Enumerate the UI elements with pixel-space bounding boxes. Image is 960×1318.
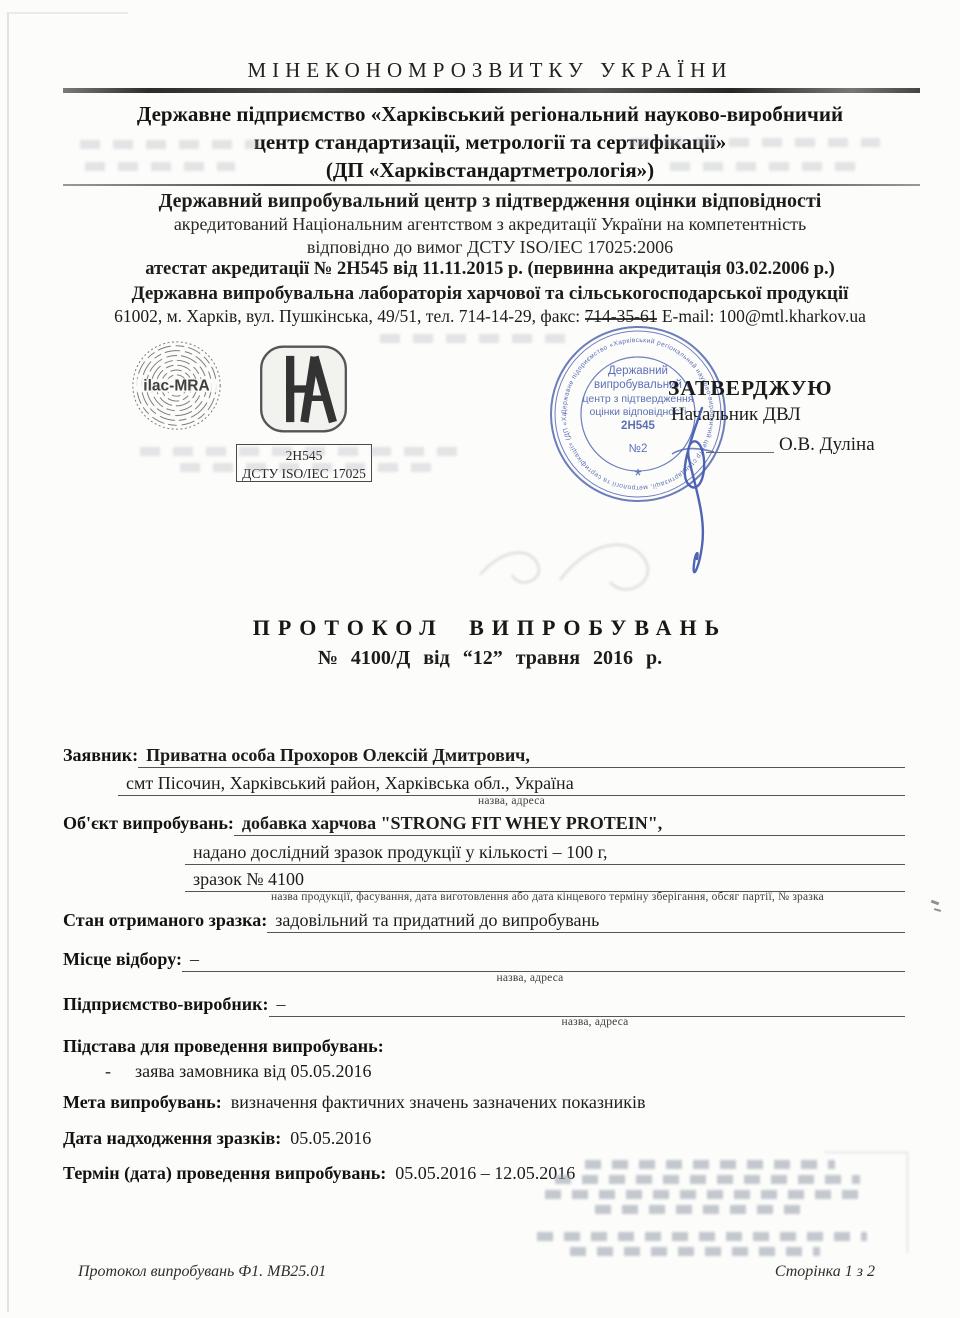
applicant-value: Приватна особа Прохоров Олексій Дмитрови…: [138, 745, 905, 768]
test-center-name: Державний випробувальний центр з підтвер…: [60, 190, 920, 213]
period-label: Термін (дата) проведення випробувань:: [63, 1163, 386, 1184]
object-line3-value: зразок № 4100: [185, 869, 905, 892]
scan-speck-1: [931, 900, 940, 906]
condition-value: задовільний та придатний до випробувань: [267, 910, 905, 933]
field-applicant: Заявник: Приватна особа Прохоров Олексій…: [63, 745, 905, 768]
field-purpose: Мета випробувань: визначення фактичних з…: [63, 1092, 905, 1113]
document-number-line: № 4100/Д від “12” травня 2016 р.: [60, 647, 920, 670]
ghost-signature-artifact: [420, 520, 720, 615]
ilac-mra-logo: ilac-MRA: [128, 338, 225, 435]
scan-edge-left: [7, 12, 9, 1312]
applicant-address-value: смт Пісочин, Харківський район, Харківсь…: [118, 773, 905, 796]
stamp-star: *: [634, 466, 641, 486]
field-basis-item: - заява замовника від 05.05.2016: [105, 1061, 905, 1082]
stamp-line6: №2: [629, 443, 648, 455]
field-test-object: Об'єкт випробувань: добавка харчова "STR…: [63, 813, 905, 836]
scan-edge-top: [8, 12, 128, 14]
laboratory-name: Державна випробувальна лабораторія харчо…: [60, 283, 920, 305]
manufacturer-label: Підприємство-виробник:: [63, 994, 269, 1015]
purpose-value: визначення фактичних значень зазначених …: [222, 1092, 646, 1113]
accreditation-line2: відповідно до вимог ДСТУ ISO/IEC 17025:2…: [60, 237, 920, 258]
caption-name-address-1: назва, адреса: [118, 795, 905, 807]
basis-bullet: -: [105, 1061, 135, 1082]
applicant-label: Заявник:: [63, 745, 138, 766]
object-line2-value: надано дослідний зразок продукції у кіль…: [185, 842, 905, 865]
signer-name: О.В. Дуліна: [779, 434, 875, 456]
footer-form-code: Протокол випробувань Ф1. МВ25.01: [78, 1263, 326, 1281]
field-test-object-line3: зразок № 4100: [185, 869, 905, 892]
field-manufacturer: Підприємство-виробник: –: [63, 994, 905, 1017]
receipt-date-value: 05.05.2016: [281, 1128, 371, 1149]
attestation-line: атестат акредитації № 2Н545 від 11.11.20…: [60, 259, 920, 280]
ilac-mra-label: ilac-MRA: [143, 377, 209, 394]
field-sampling-place: Місце відбору: –: [63, 949, 905, 972]
field-sample-condition: Стан отриманого зразка: задовільний та п…: [63, 910, 905, 933]
field-receipt-date: Дата надходження зразків: 05.05.2016: [63, 1128, 905, 1149]
sampling-place-value: –: [182, 949, 905, 972]
field-applicant-address: смт Пісочин, Харківський район, Харківсь…: [118, 773, 905, 796]
field-basis-label: Підстава для проведення випробувань:: [63, 1036, 905, 1057]
bleedthrough-artifact-top: [70, 136, 900, 181]
address-prefix: 61002, м. Харків, вул. Пушкінська, 49/51…: [114, 306, 584, 326]
ministry-title: МІНЕКОНОМРОЗВИТКУ УКРАЇНИ: [60, 58, 920, 83]
caption-name-address-3: назва, адреса: [285, 1016, 905, 1028]
field-test-object-line2: надано дослідний зразок продукції у кіль…: [185, 842, 905, 865]
bleedthrough-artifact-bottom: [525, 1152, 910, 1267]
object-value: добавка харчова "STRONG FIT WHEY PROTEIN…: [234, 813, 905, 836]
basis-value: заява замовника від 05.05.2016: [135, 1061, 372, 1082]
org-name-line1: Державне підприємство «Харківський регіо…: [60, 102, 920, 127]
basis-label: Підстава для проведення випробувань:: [63, 1036, 384, 1057]
object-label: Об'єкт випробувань:: [63, 813, 234, 834]
scan-speck-2: [934, 908, 941, 912]
purpose-label: Мета випробувань:: [63, 1092, 222, 1113]
manufacturer-value: –: [269, 994, 905, 1017]
na-accreditation-logo: [257, 343, 350, 435]
stamp-line1: Державний: [608, 365, 668, 377]
sampling-place-label: Місце відбору:: [63, 949, 182, 970]
bleedthrough-artifact-mid2: [120, 445, 570, 475]
bleedthrough-artifact-mid1: [380, 332, 580, 346]
condition-label: Стан отриманого зразка:: [63, 910, 267, 931]
header-rule-thick: [63, 88, 920, 93]
caption-name-address-2: назва, адреса: [155, 972, 905, 984]
document-title: ПРОТОКОЛ ВИПРОБУВАНЬ: [60, 615, 920, 641]
header-rule-thin: [63, 184, 920, 186]
accreditation-line1: акредитований Національним агентством з …: [60, 214, 920, 235]
caption-object: назва продукції, фасування, дата виготов…: [185, 891, 910, 903]
scanned-test-protocol-page: МІНЕКОНОМРОЗВИТКУ УКРАЇНИ Державне підпр…: [0, 0, 960, 1318]
receipt-date-label: Дата надходження зразків:: [63, 1128, 281, 1149]
address-line: 61002, м. Харків, вул. Пушкінська, 49/51…: [60, 306, 920, 327]
